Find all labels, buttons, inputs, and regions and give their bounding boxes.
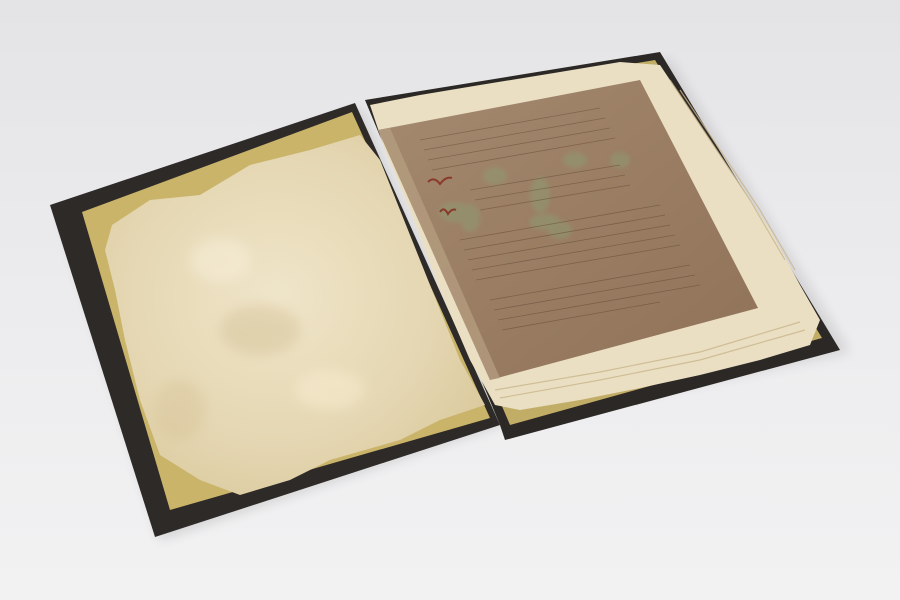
photo-scene bbox=[0, 0, 900, 600]
manuscript-photo bbox=[0, 0, 900, 600]
